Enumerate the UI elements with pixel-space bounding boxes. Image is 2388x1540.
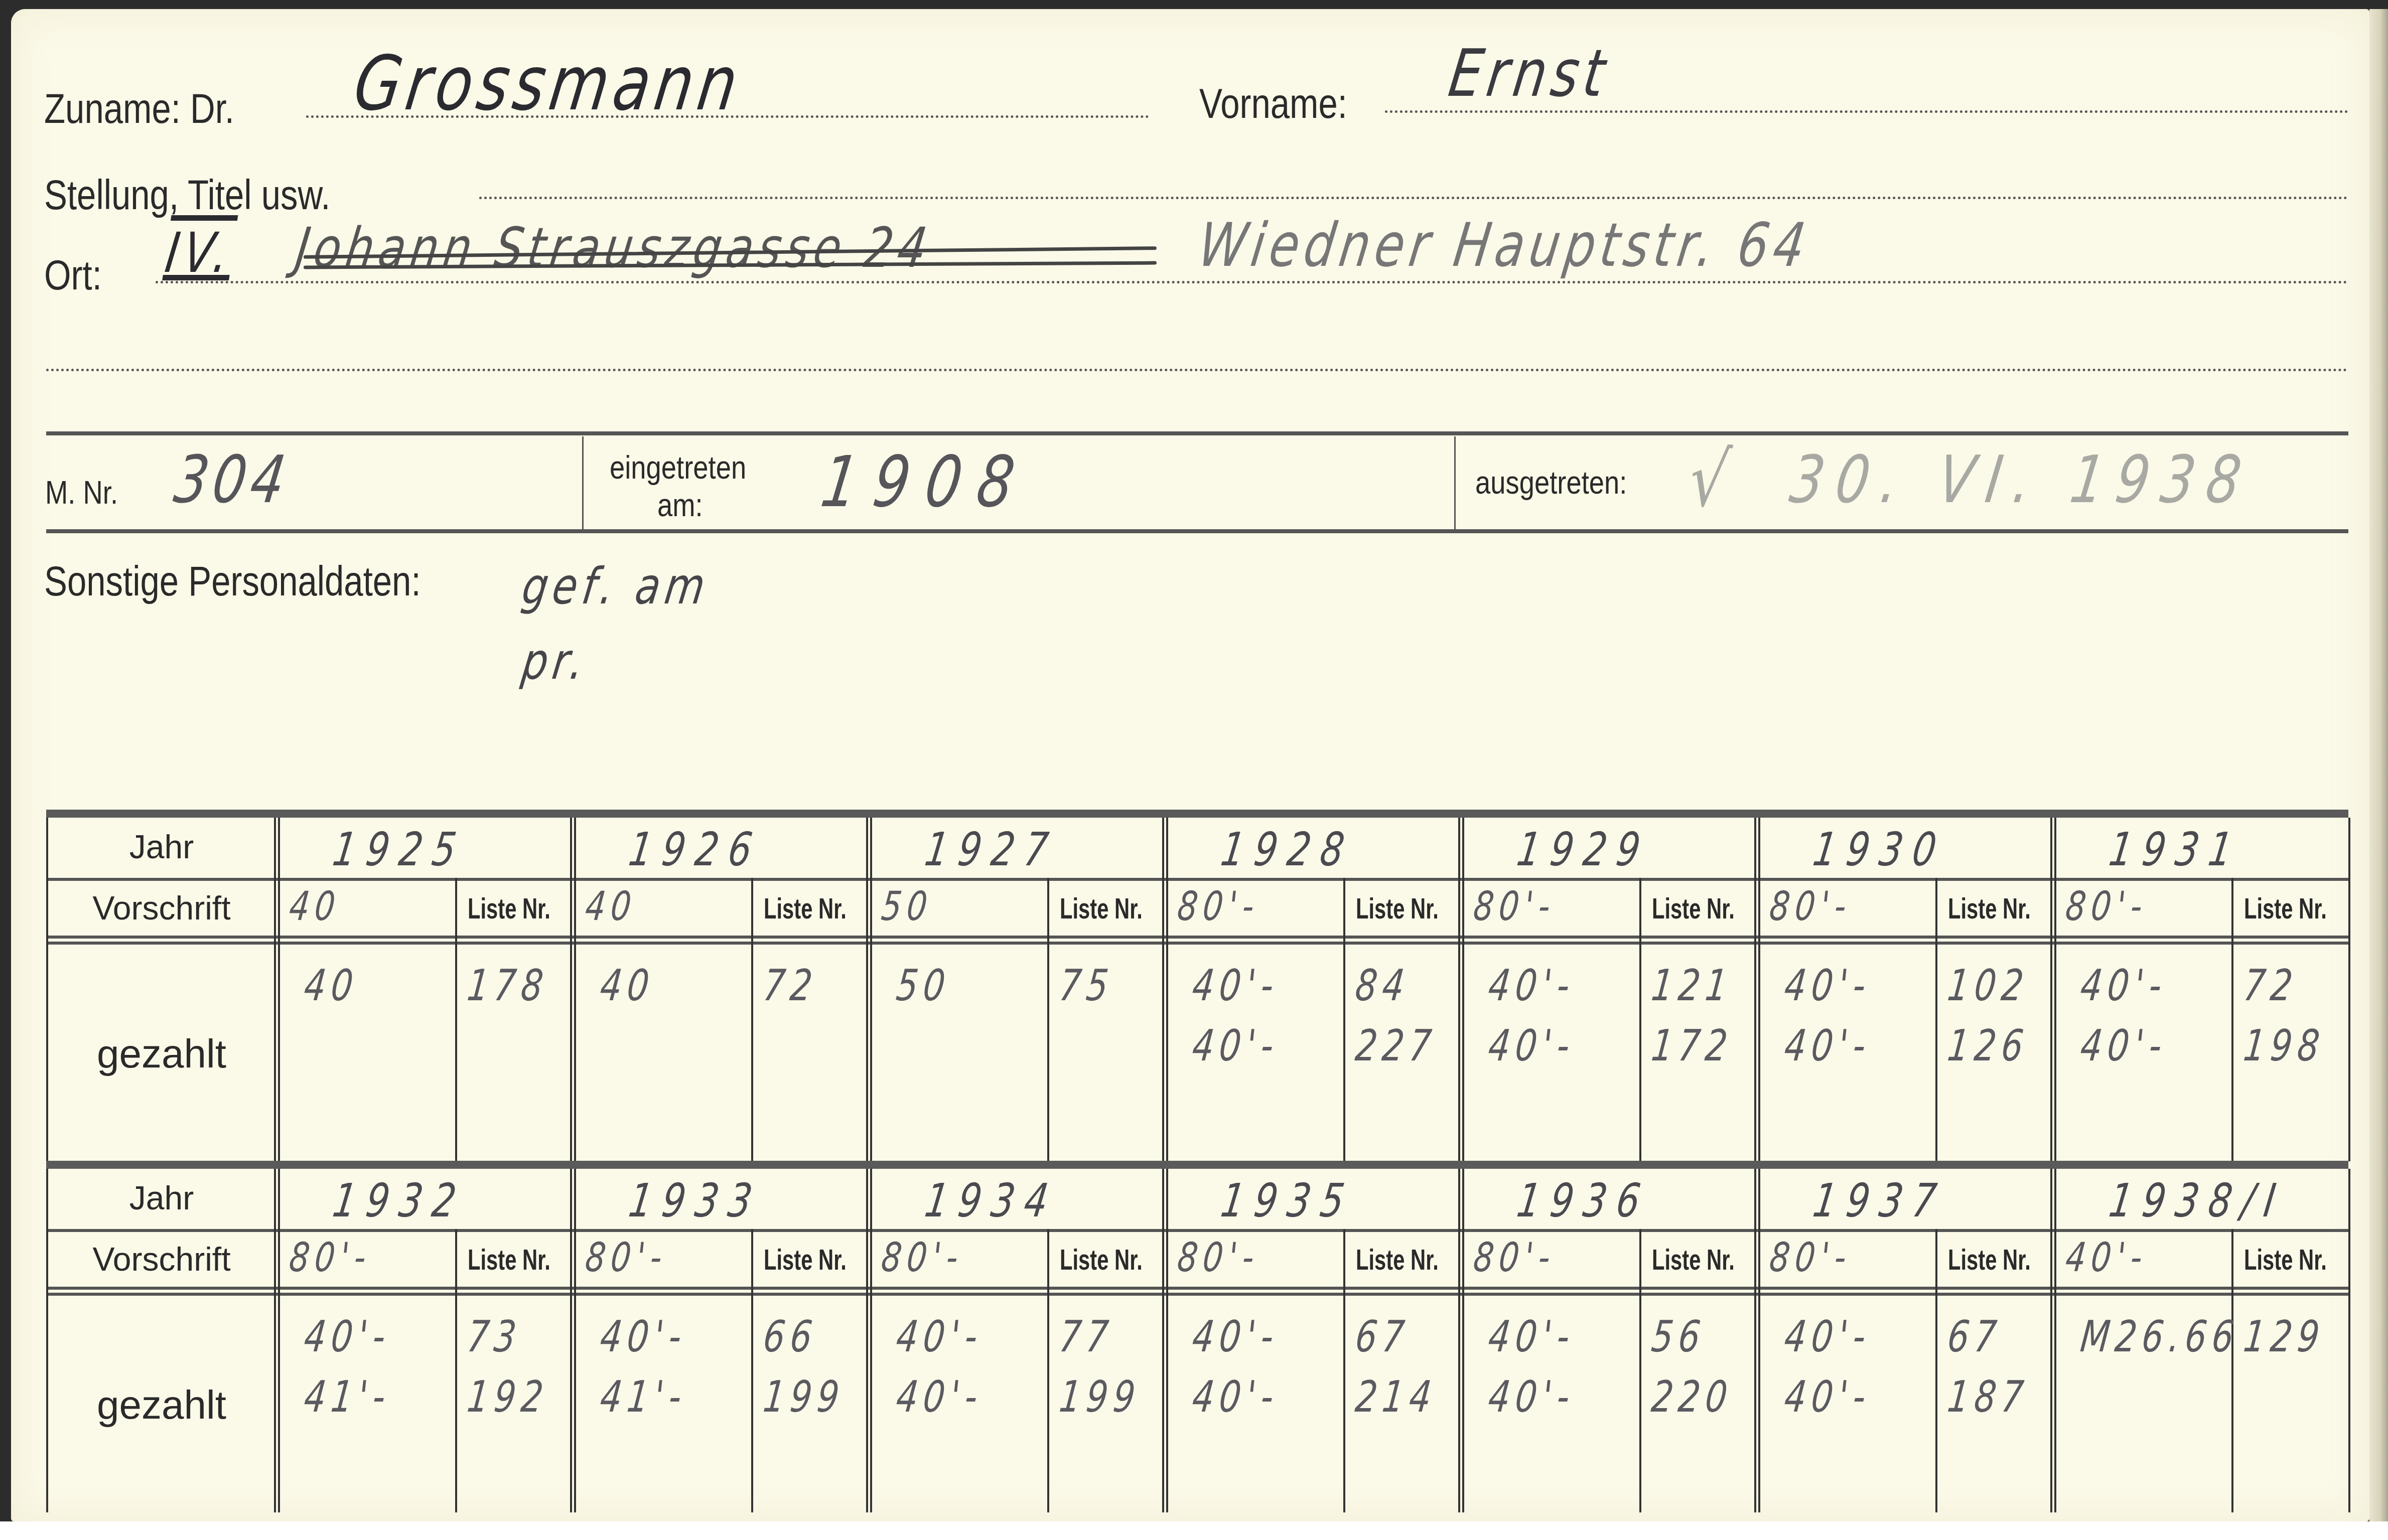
year-row-divider <box>46 1229 2348 1232</box>
prescribed-amount: 50 <box>879 883 935 930</box>
list-subcolumn-divider <box>1343 1229 1345 1512</box>
list-number-value: 129 <box>2241 1312 2327 1362</box>
list-subcolumn-divider <box>2231 1229 2233 1512</box>
prescribed-amount: 80'- <box>1767 883 1854 930</box>
list-number-value: 84 <box>1353 961 1412 1011</box>
paid-amount: 40'- <box>894 1372 985 1422</box>
year-value: 1929 <box>1514 823 1654 876</box>
list-number-header: Liste Nr. <box>1060 892 1143 926</box>
prescribed-amount: 80'- <box>1175 1234 1262 1281</box>
position-label: Stellung, Titel usw. <box>44 171 330 219</box>
joined-label-line1: eingetreten <box>610 449 746 486</box>
table-right-border <box>2348 1169 2350 1512</box>
paid-amount: 40'- <box>302 1312 393 1362</box>
list-number-header: Liste Nr. <box>1060 1243 1143 1277</box>
row-label-paid: gezahlt <box>46 1031 277 1077</box>
prescribed-row-divider-a <box>46 1287 2348 1290</box>
year-value: 1936 <box>1514 1174 1654 1227</box>
prescribed-amount: 80'- <box>1767 1234 1854 1281</box>
joined-value: 1908 <box>816 441 1035 523</box>
row-label-year: Jahr <box>46 1179 277 1217</box>
prescribed-amount: 40 <box>583 883 639 930</box>
left-date-value: 30. VI. 1938 <box>1786 441 2258 518</box>
other-data-line1: gef. am <box>519 557 714 615</box>
paid-amount: 40'- <box>894 1312 985 1362</box>
year-column-divider <box>274 1169 280 1512</box>
list-subcolumn-divider <box>1935 1229 1937 1512</box>
row-label-paid: gezahlt <box>46 1382 277 1428</box>
year-column-divider <box>274 818 280 1161</box>
paid-amount: 40'- <box>1782 961 1873 1011</box>
year-column-divider <box>1458 1169 1464 1512</box>
list-number-header: Liste Nr. <box>1948 892 2031 926</box>
prescribed-amount: 80'- <box>879 1234 966 1281</box>
district-value: IV. <box>162 221 237 285</box>
prescribed-amount: 80'- <box>1471 883 1558 930</box>
table-left-border <box>46 1169 48 1512</box>
list-number-value: 102 <box>1945 961 2031 1011</box>
paid-amount: M26.66 <box>2078 1312 2241 1362</box>
surname-label: Zuname: Dr. <box>44 84 234 133</box>
paid-amount: 50 <box>894 961 953 1011</box>
list-number-value: 72 <box>761 961 820 1011</box>
year-value: 1927 <box>922 823 1062 876</box>
prescribed-amount: 80'- <box>1471 1234 1558 1281</box>
list-number-value: 67 <box>1945 1312 2004 1362</box>
prescribed-row-divider-b <box>46 1293 2348 1296</box>
list-number-value: 66 <box>761 1312 820 1362</box>
paid-amount: 40'- <box>1486 961 1577 1011</box>
blank-line <box>46 369 2348 371</box>
surname-value: Grossmann <box>349 40 748 127</box>
divider-2 <box>1454 436 1456 529</box>
prescribed-amount: 40 <box>287 883 343 930</box>
year-column-divider <box>2050 1169 2056 1512</box>
paid-amount: 41'- <box>598 1372 689 1422</box>
card-stack-edge <box>2369 9 2388 1521</box>
list-number-value: 198 <box>2241 1021 2327 1071</box>
list-subcolumn-divider <box>751 878 753 1161</box>
year-value: 1930 <box>1810 823 1950 876</box>
year-value: 1928 <box>1218 823 1358 876</box>
paid-amount: 40'- <box>2078 1021 2169 1071</box>
prescribed-amount: 80'- <box>1175 883 1262 930</box>
year-column-divider <box>1754 818 1760 1161</box>
list-number-value: 199 <box>761 1372 847 1422</box>
list-subcolumn-divider <box>1047 878 1049 1161</box>
list-number-value: 178 <box>465 961 550 1011</box>
year-value: 1934 <box>922 1174 1062 1227</box>
year-column-divider <box>1162 818 1168 1161</box>
list-subcolumn-divider <box>1639 878 1641 1161</box>
member-number-value: 304 <box>170 441 295 518</box>
list-number-value: 192 <box>465 1372 550 1422</box>
paid-amount: 40'- <box>598 1312 689 1362</box>
list-number-value: 227 <box>1353 1021 1439 1071</box>
table-block-rule <box>46 810 2348 818</box>
joined-label-line2: am: <box>657 487 703 524</box>
table-block-rule <box>46 1161 2348 1169</box>
member-number-label: M. Nr. <box>45 474 118 511</box>
first-name-label: Vorname: <box>1199 79 1347 128</box>
list-number-value: 72 <box>2241 961 2300 1011</box>
list-number-value: 214 <box>1353 1372 1439 1422</box>
other-data-line2: pr. <box>519 632 593 691</box>
year-column-divider <box>570 818 576 1161</box>
table-left-border <box>46 818 48 1161</box>
list-number-header: Liste Nr. <box>1652 892 1735 926</box>
position-line <box>479 197 2348 199</box>
year-value: 1937 <box>1810 1174 1950 1227</box>
list-number-value: 199 <box>1057 1372 1143 1422</box>
row-label-year: Jahr <box>46 828 277 866</box>
row-label-prescribed: Vorschrift <box>46 889 277 927</box>
list-subcolumn-divider <box>1935 878 1937 1161</box>
location-label: Ort: <box>44 251 102 299</box>
section-rule-top <box>46 431 2348 435</box>
divider-1 <box>582 436 584 529</box>
paid-amount: 40 <box>598 961 657 1011</box>
paid-amount: 40'- <box>1190 961 1281 1011</box>
year-value: 1925 <box>330 823 470 876</box>
paid-amount: 40'- <box>1486 1312 1577 1362</box>
list-number-value: 172 <box>1649 1021 1735 1071</box>
prescribed-row-divider-a <box>46 936 2348 939</box>
paid-amount: 40'- <box>1486 1372 1577 1422</box>
list-number-header: Liste Nr. <box>468 1243 550 1277</box>
row-label-prescribed: Vorschrift <box>46 1240 277 1278</box>
list-subcolumn-divider <box>1047 1229 1049 1512</box>
list-number-value: 56 <box>1649 1312 1708 1362</box>
year-row-divider <box>46 878 2348 881</box>
list-number-header: Liste Nr. <box>1652 1243 1735 1277</box>
list-subcolumn-divider <box>2231 878 2233 1161</box>
year-column-divider <box>866 1169 872 1512</box>
list-number-header: Liste Nr. <box>1356 892 1439 926</box>
list-number-header: Liste Nr. <box>764 1243 847 1277</box>
paid-amount: 40'- <box>1782 1372 1873 1422</box>
list-number-value: 77 <box>1057 1312 1116 1362</box>
year-value: 1931 <box>2106 823 2246 876</box>
location-line <box>156 281 2348 283</box>
year-value: 1932 <box>330 1174 470 1227</box>
paid-amount: 40 <box>302 961 361 1011</box>
list-number-header: Liste Nr. <box>764 892 847 926</box>
paid-amount: 40'- <box>1486 1021 1577 1071</box>
section-rule-bottom <box>46 529 2348 533</box>
year-column-divider <box>2050 818 2056 1161</box>
prescribed-amount: 80'- <box>287 1234 374 1281</box>
year-value: 1935 <box>1218 1174 1358 1227</box>
list-number-header: Liste Nr. <box>2244 892 2327 926</box>
paid-amount: 40'- <box>1782 1021 1873 1071</box>
year-column-divider <box>570 1169 576 1512</box>
other-data-label: Sonstige Personaldaten: <box>44 557 421 605</box>
left-label: ausgetreten: <box>1475 464 1627 501</box>
table-right-border <box>2348 818 2350 1161</box>
new-address-value: Wiedner Hauptstr. 64 <box>1194 211 1814 280</box>
paid-amount: 40'- <box>1190 1372 1281 1422</box>
list-number-value: 67 <box>1353 1312 1412 1362</box>
list-number-value: 126 <box>1945 1021 2031 1071</box>
list-number-value: 121 <box>1649 961 1735 1011</box>
year-column-divider <box>1162 1169 1168 1512</box>
paid-amount: 40'- <box>1190 1312 1281 1362</box>
prescribed-amount: 80'- <box>583 1234 670 1281</box>
list-number-header: Liste Nr. <box>1356 1243 1439 1277</box>
list-number-value: 73 <box>465 1312 524 1362</box>
year-column-divider <box>1458 818 1464 1161</box>
paid-amount: 41'- <box>302 1372 393 1422</box>
first-name-value: Ernst <box>1445 35 1615 111</box>
year-column-divider <box>1754 1169 1760 1512</box>
year-value: 1938/I <box>2106 1174 2289 1227</box>
list-number-header: Liste Nr. <box>468 892 550 926</box>
list-subcolumn-divider <box>455 1229 457 1512</box>
list-subcolumn-divider <box>751 1229 753 1512</box>
list-number-value: 187 <box>1945 1372 2031 1422</box>
list-number-value: 75 <box>1057 961 1116 1011</box>
prescribed-row-divider-b <box>46 942 2348 945</box>
list-number-header: Liste Nr. <box>1948 1243 2031 1277</box>
prescribed-amount: 40'- <box>2063 1234 2150 1281</box>
prescribed-amount: 80'- <box>2063 883 2150 930</box>
paid-amount: 40'- <box>2078 961 2169 1011</box>
scan-margin <box>0 1521 2388 1540</box>
paid-amount: 40'- <box>1782 1312 1873 1362</box>
year-column-divider <box>866 818 872 1161</box>
year-value: 1926 <box>626 823 766 876</box>
list-subcolumn-divider <box>1343 878 1345 1161</box>
list-number-header: Liste Nr. <box>2244 1243 2327 1277</box>
list-subcolumn-divider <box>455 878 457 1161</box>
list-subcolumn-divider <box>1639 1229 1641 1512</box>
paid-amount: 40'- <box>1190 1021 1281 1071</box>
year-value: 1933 <box>626 1174 766 1227</box>
list-number-value: 220 <box>1649 1372 1735 1422</box>
old-address-struck: Johann Strauszgasse 24 <box>292 216 935 280</box>
